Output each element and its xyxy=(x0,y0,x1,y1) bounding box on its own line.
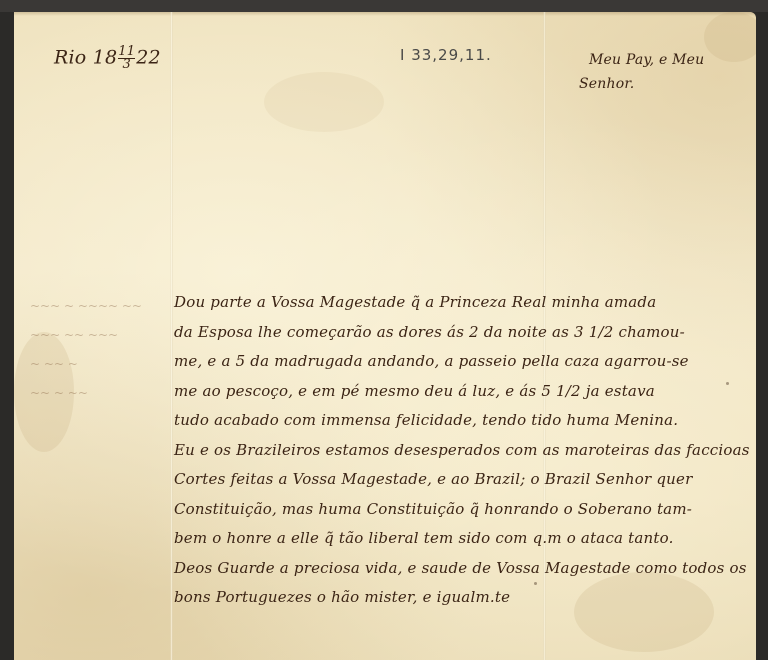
dateline-day-sub: 3 xyxy=(118,59,135,71)
letter-line: me ao pescoço, e em pé mesmo deu á luz, … xyxy=(174,377,750,407)
bleed-line: ~ ~~ ~ xyxy=(30,350,142,379)
letter-line: bons Portuguezes o hão mister, e igualm.… xyxy=(174,583,750,613)
paper-top-edge xyxy=(14,12,756,16)
letter-line: Cortes feitas a Vossa Magestade, e ao Br… xyxy=(174,465,750,495)
letter-line: da Esposa lhe começarão as dores ás 2 da… xyxy=(174,318,750,348)
letter-body: Dou parte a Vossa Magestade q̃ a Princez… xyxy=(174,288,750,613)
dateline-year: 22 xyxy=(136,47,161,69)
fold-crease-left xyxy=(170,12,173,660)
bleed-line: ~~~ ~~ ~~~ xyxy=(30,321,142,350)
letter-page: ~~~ ~ ~~~~ ~~ ~~~ ~~ ~~~ ~ ~~ ~ ~~ ~ ~~ … xyxy=(14,12,756,660)
bleed-line: ~~~ ~ ~~~~ ~~ xyxy=(30,292,142,321)
letter-line: me, e a 5 da madrugada andando, a passei… xyxy=(174,347,750,377)
ink-bleedthrough: ~~~ ~ ~~~~ ~~ ~~~ ~~ ~~~ ~ ~~ ~ ~~ ~ ~~ xyxy=(30,292,142,408)
letter-line: Deos Guarde a preciosa vida, e saude de … xyxy=(174,554,750,584)
letter-line: Dou parte a Vossa Magestade q̃ a Princez… xyxy=(174,288,750,318)
dateline: Rio 1811322 xyxy=(54,46,161,71)
salutation: Meu Pay, e Meu Senhor. xyxy=(589,48,704,96)
dateline-place: Rio xyxy=(54,47,86,69)
dateline-fraction: 113 xyxy=(118,46,135,71)
scanner-frame-top xyxy=(0,0,768,12)
archive-reference: I 33,29,11. xyxy=(400,46,492,64)
paper-stain xyxy=(264,72,384,132)
letter-line: Constituição, mas huma Constituição q̃ h… xyxy=(174,495,750,525)
salutation-line: Meu Pay, e Meu xyxy=(589,52,704,68)
paper-stain xyxy=(704,12,756,62)
letter-line: tudo acabado com immensa felicidade, ten… xyxy=(174,406,750,436)
salutation-line: Senhor. xyxy=(579,72,704,96)
bleed-line: ~~ ~ ~~ xyxy=(30,379,142,408)
letter-line: Eu e os Brazileiros estamos desesperados… xyxy=(174,436,750,466)
dateline-day: 18 xyxy=(93,47,118,69)
letter-line: bem o honre a elle q̃ tão liberal tem si… xyxy=(174,524,750,554)
